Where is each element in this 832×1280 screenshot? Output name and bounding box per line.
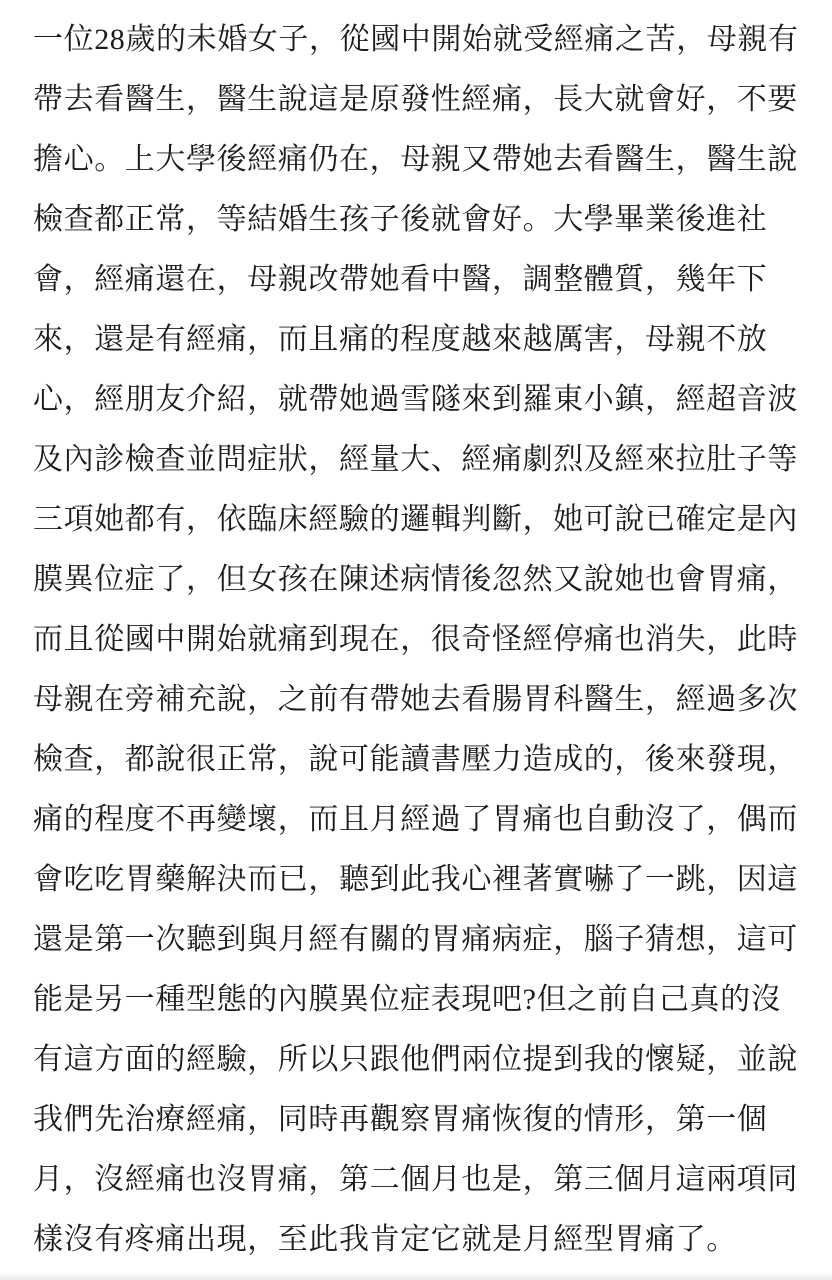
document-body-text: 一位28歲的未婚女子，從國中開始就受經痛之苦，母親有 帶去看醫生，醫生說這是原發… xyxy=(33,10,799,1270)
document-page: 一位28歲的未婚女子，從國中開始就受經痛之苦，母親有 帶去看醫生，醫生說這是原發… xyxy=(0,0,832,1280)
bottom-edge-ghosting xyxy=(0,1272,832,1280)
